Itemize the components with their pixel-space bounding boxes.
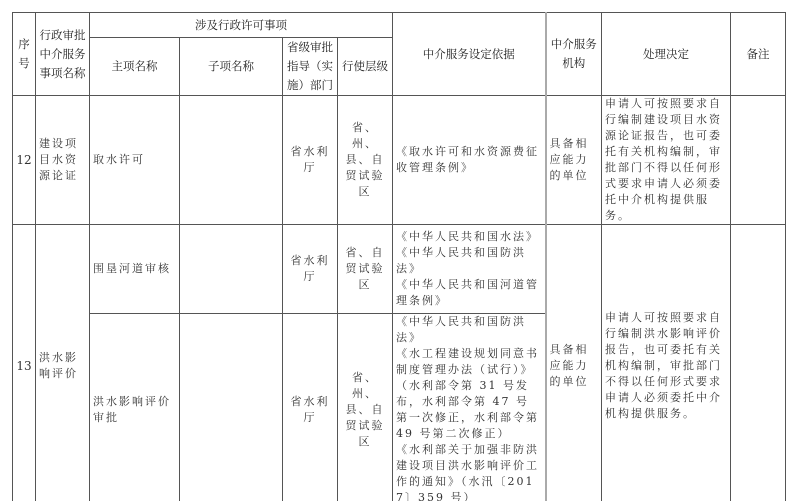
cell-sub-item xyxy=(180,96,283,225)
basis-line: 《水工程建设规划同意书制度管理办法（试行）》（水利部令第 31 号发布，水利部令… xyxy=(396,346,542,442)
cell-sub-item xyxy=(180,225,283,314)
cell-basis: 《中华人民共和国防洪法》 《水工程建设规划同意书制度管理办法（试行）》（水利部令… xyxy=(393,314,546,501)
header-main-item: 主项名称 xyxy=(90,38,180,96)
cell-basis: 《中华人民共和国水法》 《中华人民共和国防洪法》 《中华人民共和国河道管理条例》 xyxy=(393,225,546,314)
basis-line: 《中华人民共和国河道管理条例》 xyxy=(396,277,542,309)
header-permit-group: 涉及行政许可事项 xyxy=(90,13,393,38)
header-seq: 序号 xyxy=(13,13,36,96)
cell-level: 省、州、县、自贸试验区 xyxy=(338,96,393,225)
cell-seq: 12 xyxy=(13,96,36,225)
basis-line: 《中华人民共和国防洪法》 xyxy=(396,314,542,346)
header-decision: 处理决定 xyxy=(602,13,731,96)
header-agency: 中介服务机构 xyxy=(546,13,602,96)
header-level: 行使层级 xyxy=(338,38,393,96)
cell-main-item: 取水许可 xyxy=(90,96,180,225)
cell-level: 省、自贸试验区 xyxy=(338,225,393,314)
basis-line: 《中华人民共和国防洪法》 xyxy=(396,245,542,277)
cell-agency: 具备相应能力的单位 xyxy=(546,225,602,501)
cell-remark xyxy=(731,225,786,501)
header-service-name: 行政审批中介服务事项名称 xyxy=(36,13,90,96)
header-sub-item: 子项名称 xyxy=(180,38,283,96)
header-dept: 省级审批指导（实施）部门 xyxy=(283,38,338,96)
cell-service-name: 建设项目水资源论证 xyxy=(36,96,90,225)
cell-decision: 申请人可按照要求自行编制建设项目水资源论证报告，也可委托有关机构编制，审批部门不… xyxy=(602,96,731,225)
cell-remark xyxy=(731,96,786,225)
cell-main-item: 围垦河道审核 xyxy=(90,225,180,314)
cell-dept: 省水利厅 xyxy=(283,314,338,501)
cell-dept: 省水利厅 xyxy=(283,225,338,314)
header-basis: 中介服务设定依据 xyxy=(393,13,546,96)
cell-service-name: 洪水影响评价 xyxy=(36,225,90,501)
cell-agency: 具备相应能力的单位 xyxy=(546,96,602,225)
basis-line: 《中华人民共和国水法》 xyxy=(396,229,542,245)
table-row: 13 洪水影响评价 围垦河道审核 省水利厅 省、自贸试验区 《中华人民共和国水法… xyxy=(13,225,786,314)
cell-decision: 申请人可按照要求自行编制洪水影响评价报告，也可委托有关机构编制，审批部门不得以任… xyxy=(602,225,731,501)
header-remark: 备注 xyxy=(731,13,786,96)
cell-sub-item xyxy=(180,314,283,501)
basis-line: 《取水许可和水资源费征收管理条例》 xyxy=(396,145,539,174)
cell-level: 省、州、县、自贸试验区 xyxy=(338,314,393,501)
cell-main-item: 洪水影响评价审批 xyxy=(90,314,180,501)
cell-dept: 省水利厅 xyxy=(283,96,338,225)
intermediary-services-table: 序号 行政审批中介服务事项名称 涉及行政许可事项 中介服务设定依据 中介服务机构… xyxy=(12,12,786,501)
table-row: 12 建设项目水资源论证 取水许可 省水利厅 省、州、县、自贸试验区 《取水许可… xyxy=(13,96,786,225)
cell-seq: 13 xyxy=(13,225,36,501)
basis-line: 《水利部关于加强非防洪建设项目洪水影响评价工作的通知》（水汛〔2017〕359 … xyxy=(396,442,542,501)
cell-basis: 《取水许可和水资源费征收管理条例》 xyxy=(393,96,546,225)
header-row-top: 序号 行政审批中介服务事项名称 涉及行政许可事项 中介服务设定依据 中介服务机构… xyxy=(13,13,786,38)
